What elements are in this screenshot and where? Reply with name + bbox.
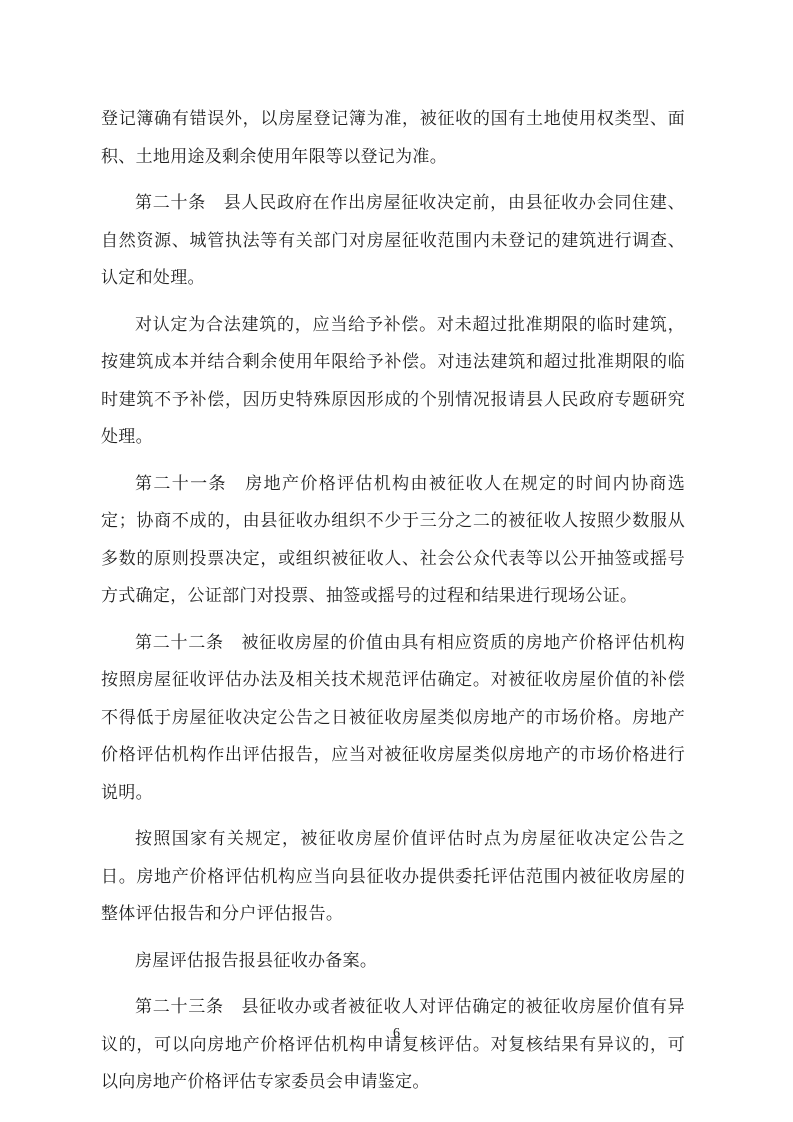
paragraph-article-21: 第二十一条 房地产价格评估机构由被征收人在规定的时间内协商选定；协商不成的，由县… bbox=[101, 465, 685, 615]
paragraph-article-22: 第二十二条 被征收房屋的价值由具有相应资质的房地产价格评估机构按照房屋征收评估办… bbox=[101, 624, 685, 812]
paragraph-article-23: 第二十三条 县征收办或者被征收人对评估确定的被征收房屋价值有异议的，可以向房地产… bbox=[101, 988, 685, 1101]
document-body: 登记簿确有错误外，以房屋登记簿为准，被征收的国有土地使用权类型、面积、土地用途及… bbox=[101, 100, 685, 1110]
page-number: 6 bbox=[0, 1024, 793, 1044]
paragraph-continuation: 登记簿确有错误外，以房屋登记簿为准，被征收的国有土地使用权类型、面积、土地用途及… bbox=[101, 100, 685, 175]
document-page: 登记簿确有错误外，以房屋登记簿为准，被征收的国有土地使用权类型、面积、土地用途及… bbox=[0, 0, 793, 1122]
paragraph-article-22-3: 房屋评估报告报县征收办备案。 bbox=[101, 942, 685, 980]
paragraph-article-20: 第二十条 县人民政府在作出房屋征收决定前，由县征收办会同住建、自然资源、城管执法… bbox=[101, 184, 685, 297]
paragraph-article-20-2: 对认定为合法建筑的，应当给予补偿。对未超过批准期限的临时建筑，按建筑成本并结合剩… bbox=[101, 306, 685, 456]
paragraph-article-22-2: 按照国家有关规定，被征收房屋价值评估时点为房屋征收决定公告之日。房地产价格评估机… bbox=[101, 820, 685, 933]
